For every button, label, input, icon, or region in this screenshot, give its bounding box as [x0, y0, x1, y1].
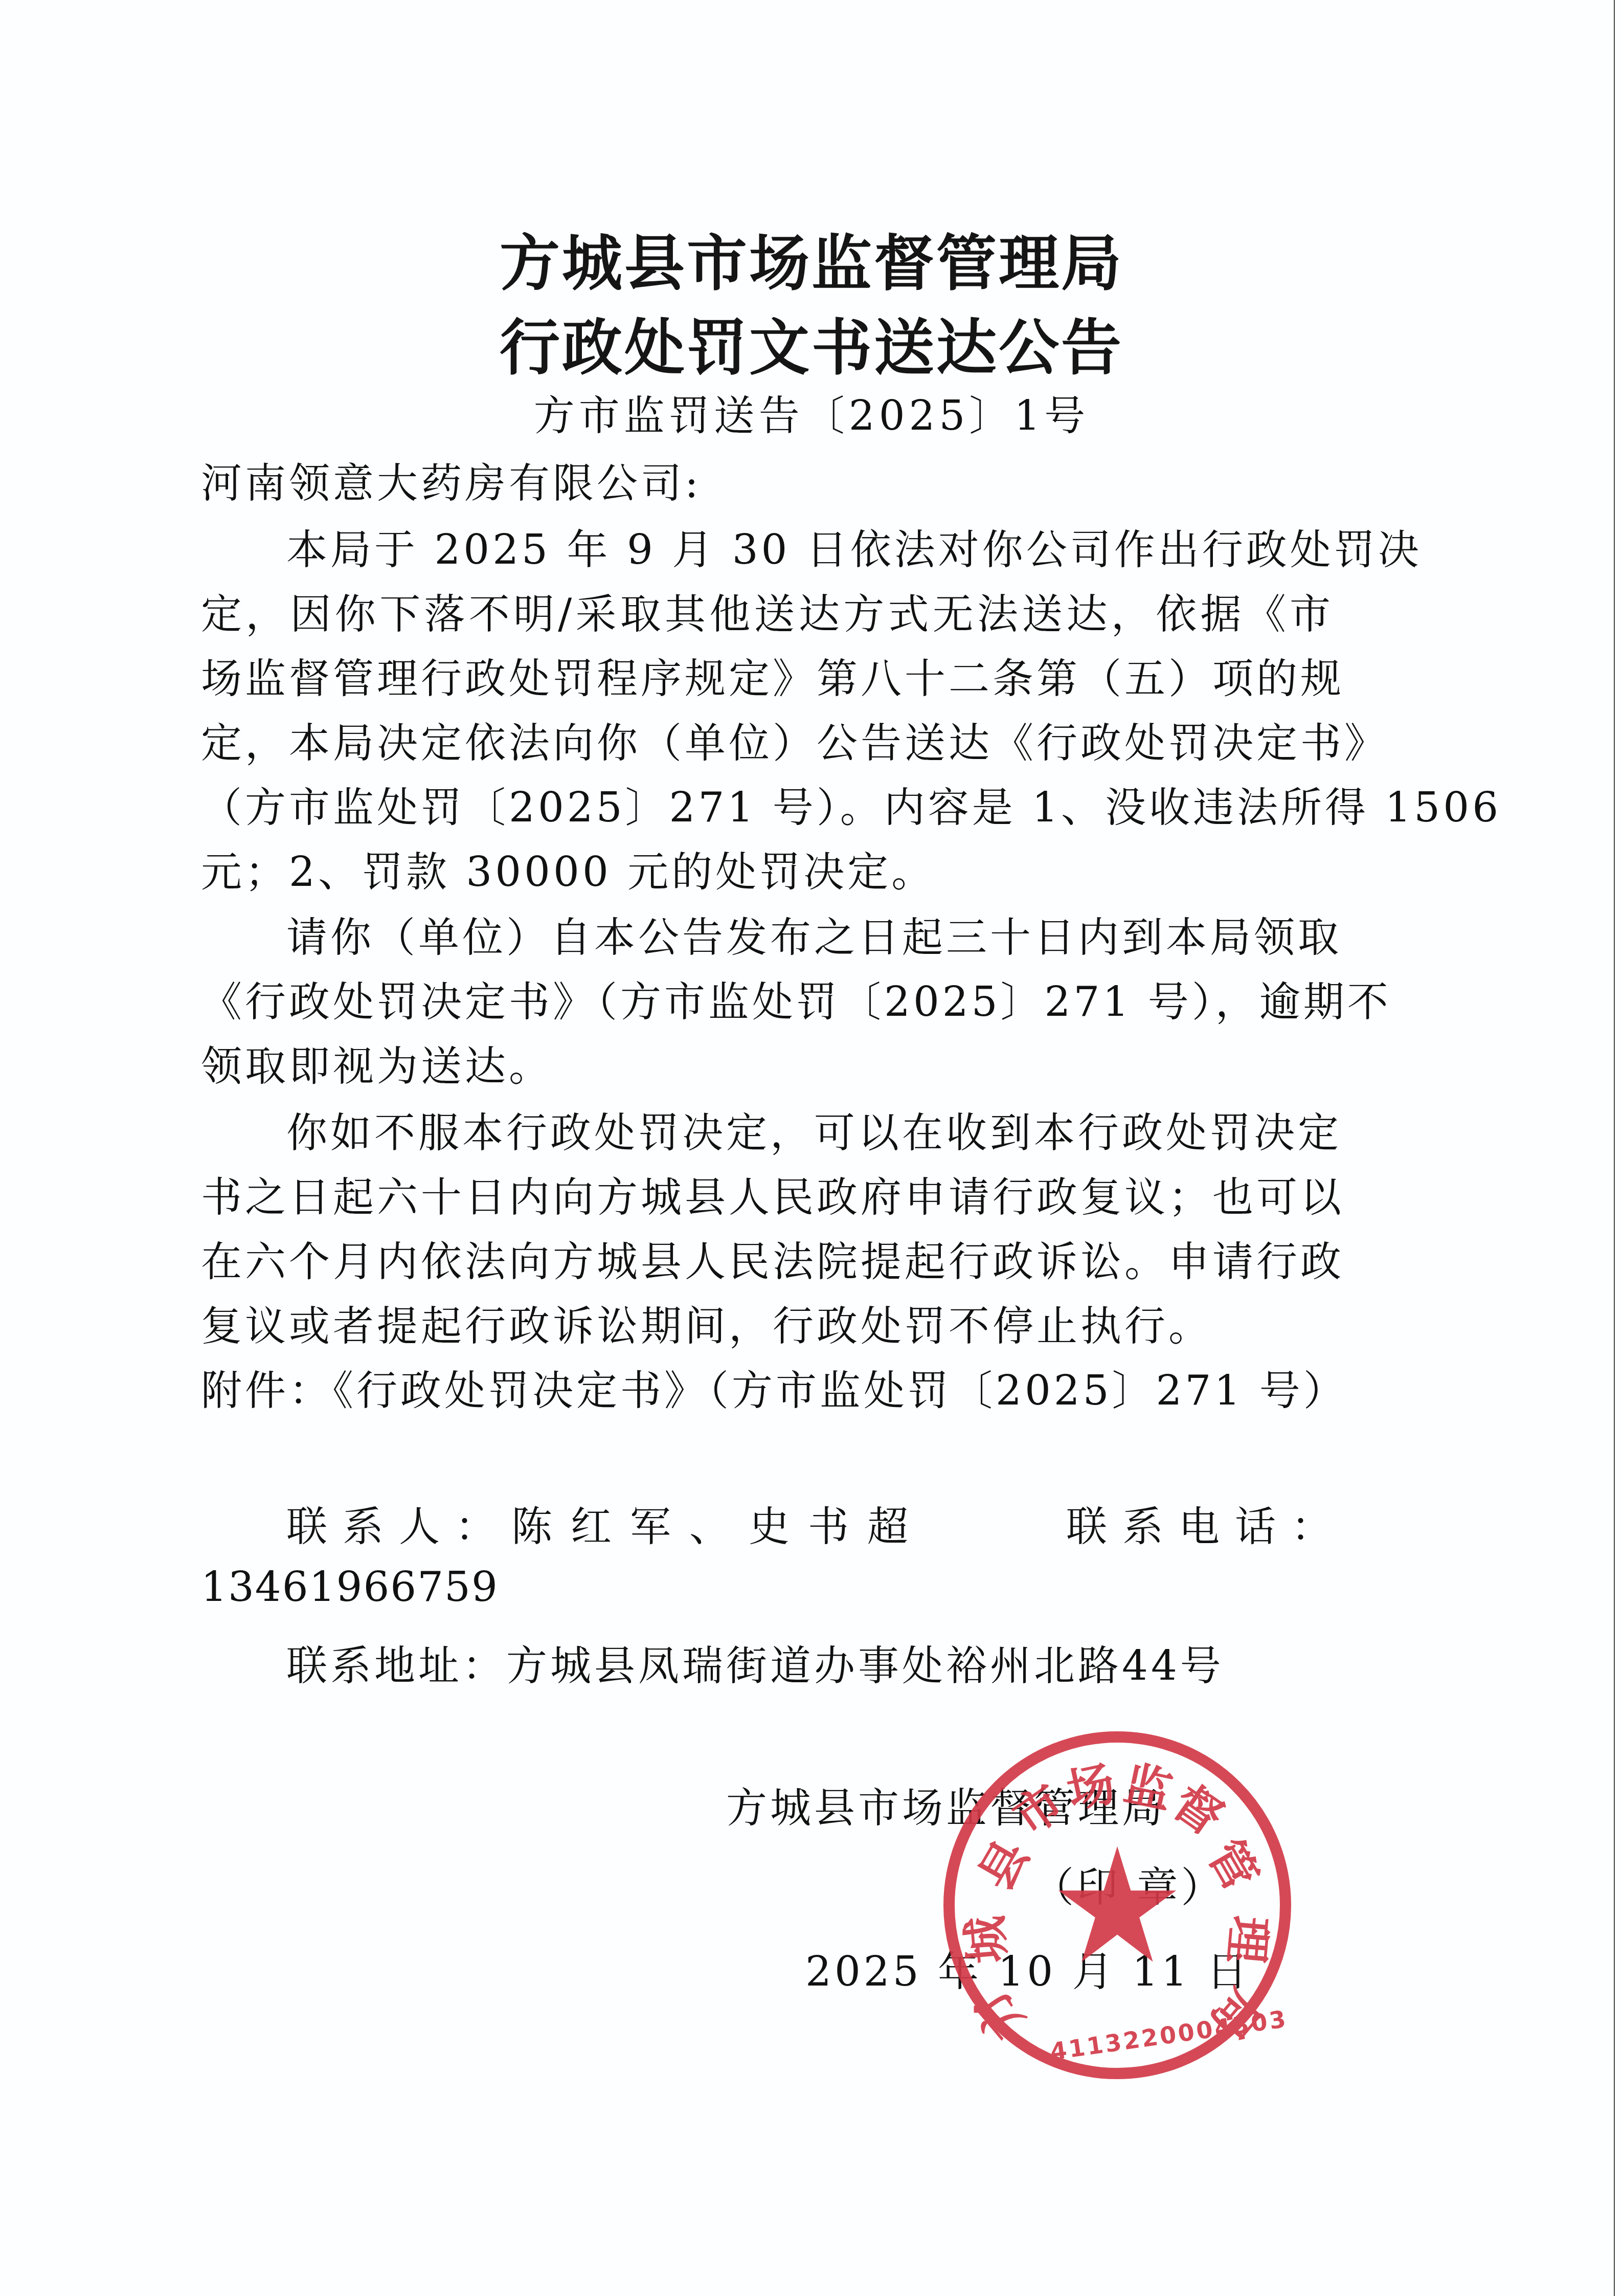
contact-address: 方城县凤瑞街道办事处裕州北路44号: [506, 1633, 1224, 1691]
contact-person-label: 联系人：: [286, 1493, 511, 1552]
paragraph1-line: 场监督管理行政处罚程序规定》第八十二条第（五）项的规: [201, 645, 1334, 704]
paragraph1-line: 定，本局决定依法向你（单位）公告送达《行政处罚决定书》: [201, 710, 1334, 769]
seal-ring-char: 理: [1215, 1911, 1287, 1968]
document-page: 方城县市场监督管理局 行政处罚文书送达公告 方市监罚送告〔2025〕1号 河南领…: [0, 0, 1623, 2296]
paragraph3-line: 复议或者提起行政诉讼期间，行政处罚不停止执行。: [201, 1293, 1212, 1352]
paragraph1-line: 本局于 2025 年 9 月 30 日依法对你公司作出行政处罚决: [286, 517, 1334, 575]
paragraph2-line: 《行政处罚决定书》（方市监处罚〔2025〕271 号），逾期不: [201, 969, 1334, 1028]
document-number: 方市监罚送告〔2025〕1号: [0, 383, 1623, 441]
seal-code: 4113220004303: [1049, 2005, 1290, 2066]
paragraph1-line: 元；2、罚款 30000 元的处罚决定。: [201, 839, 935, 898]
paragraph1-line: 定，因你下落不明/采取其他送达方式无法送达，依据《市: [201, 581, 1334, 640]
seal-ring-char: 方: [953, 1975, 1038, 2058]
contact-persons: 陈红军、史书超: [511, 1493, 927, 1552]
seal-ring-char: 城: [947, 1911, 1019, 1968]
contact-phone: 13461966759: [201, 1563, 499, 1611]
contact-address-label: 联系地址：: [286, 1633, 506, 1691]
paragraph2-line: 领取即视为送达。: [201, 1033, 553, 1092]
contact-phone-label: 联系电话：: [1066, 1493, 1347, 1552]
paragraph3-line: 在六个月内依法向方城县人民法院提起行政诉讼。申请行政: [201, 1229, 1334, 1287]
addressee: 河南领意大药房有限公司:: [201, 450, 702, 509]
title-line-1: 方城县市场监督管理局: [0, 215, 1623, 302]
star-icon: [1056, 1844, 1179, 1967]
paragraph3-line: 书之日起六十日内向方城县人民政府申请行政复议；也可以: [201, 1164, 1334, 1223]
paragraph1-line: （方市监处罚〔2025〕271 号）。内容是 1、没收违法所得 1506: [201, 774, 1334, 833]
paragraph2-line: 请你（单位）自本公告发布之日起三十日内到本局领取: [286, 904, 1334, 963]
title-line-2: 行政处罚文书送达公告: [0, 299, 1623, 386]
paragraph3-line: 你如不服本行政处罚决定，可以在收到本行政处罚决定: [286, 1100, 1334, 1158]
official-seal: 方 城 县 市 场 监 督 管 理 局 4113220004303: [943, 1731, 1291, 2079]
attachment: 附件：《行政处罚决定书》（方市监处罚〔2025〕271 号）: [201, 1357, 1347, 1416]
